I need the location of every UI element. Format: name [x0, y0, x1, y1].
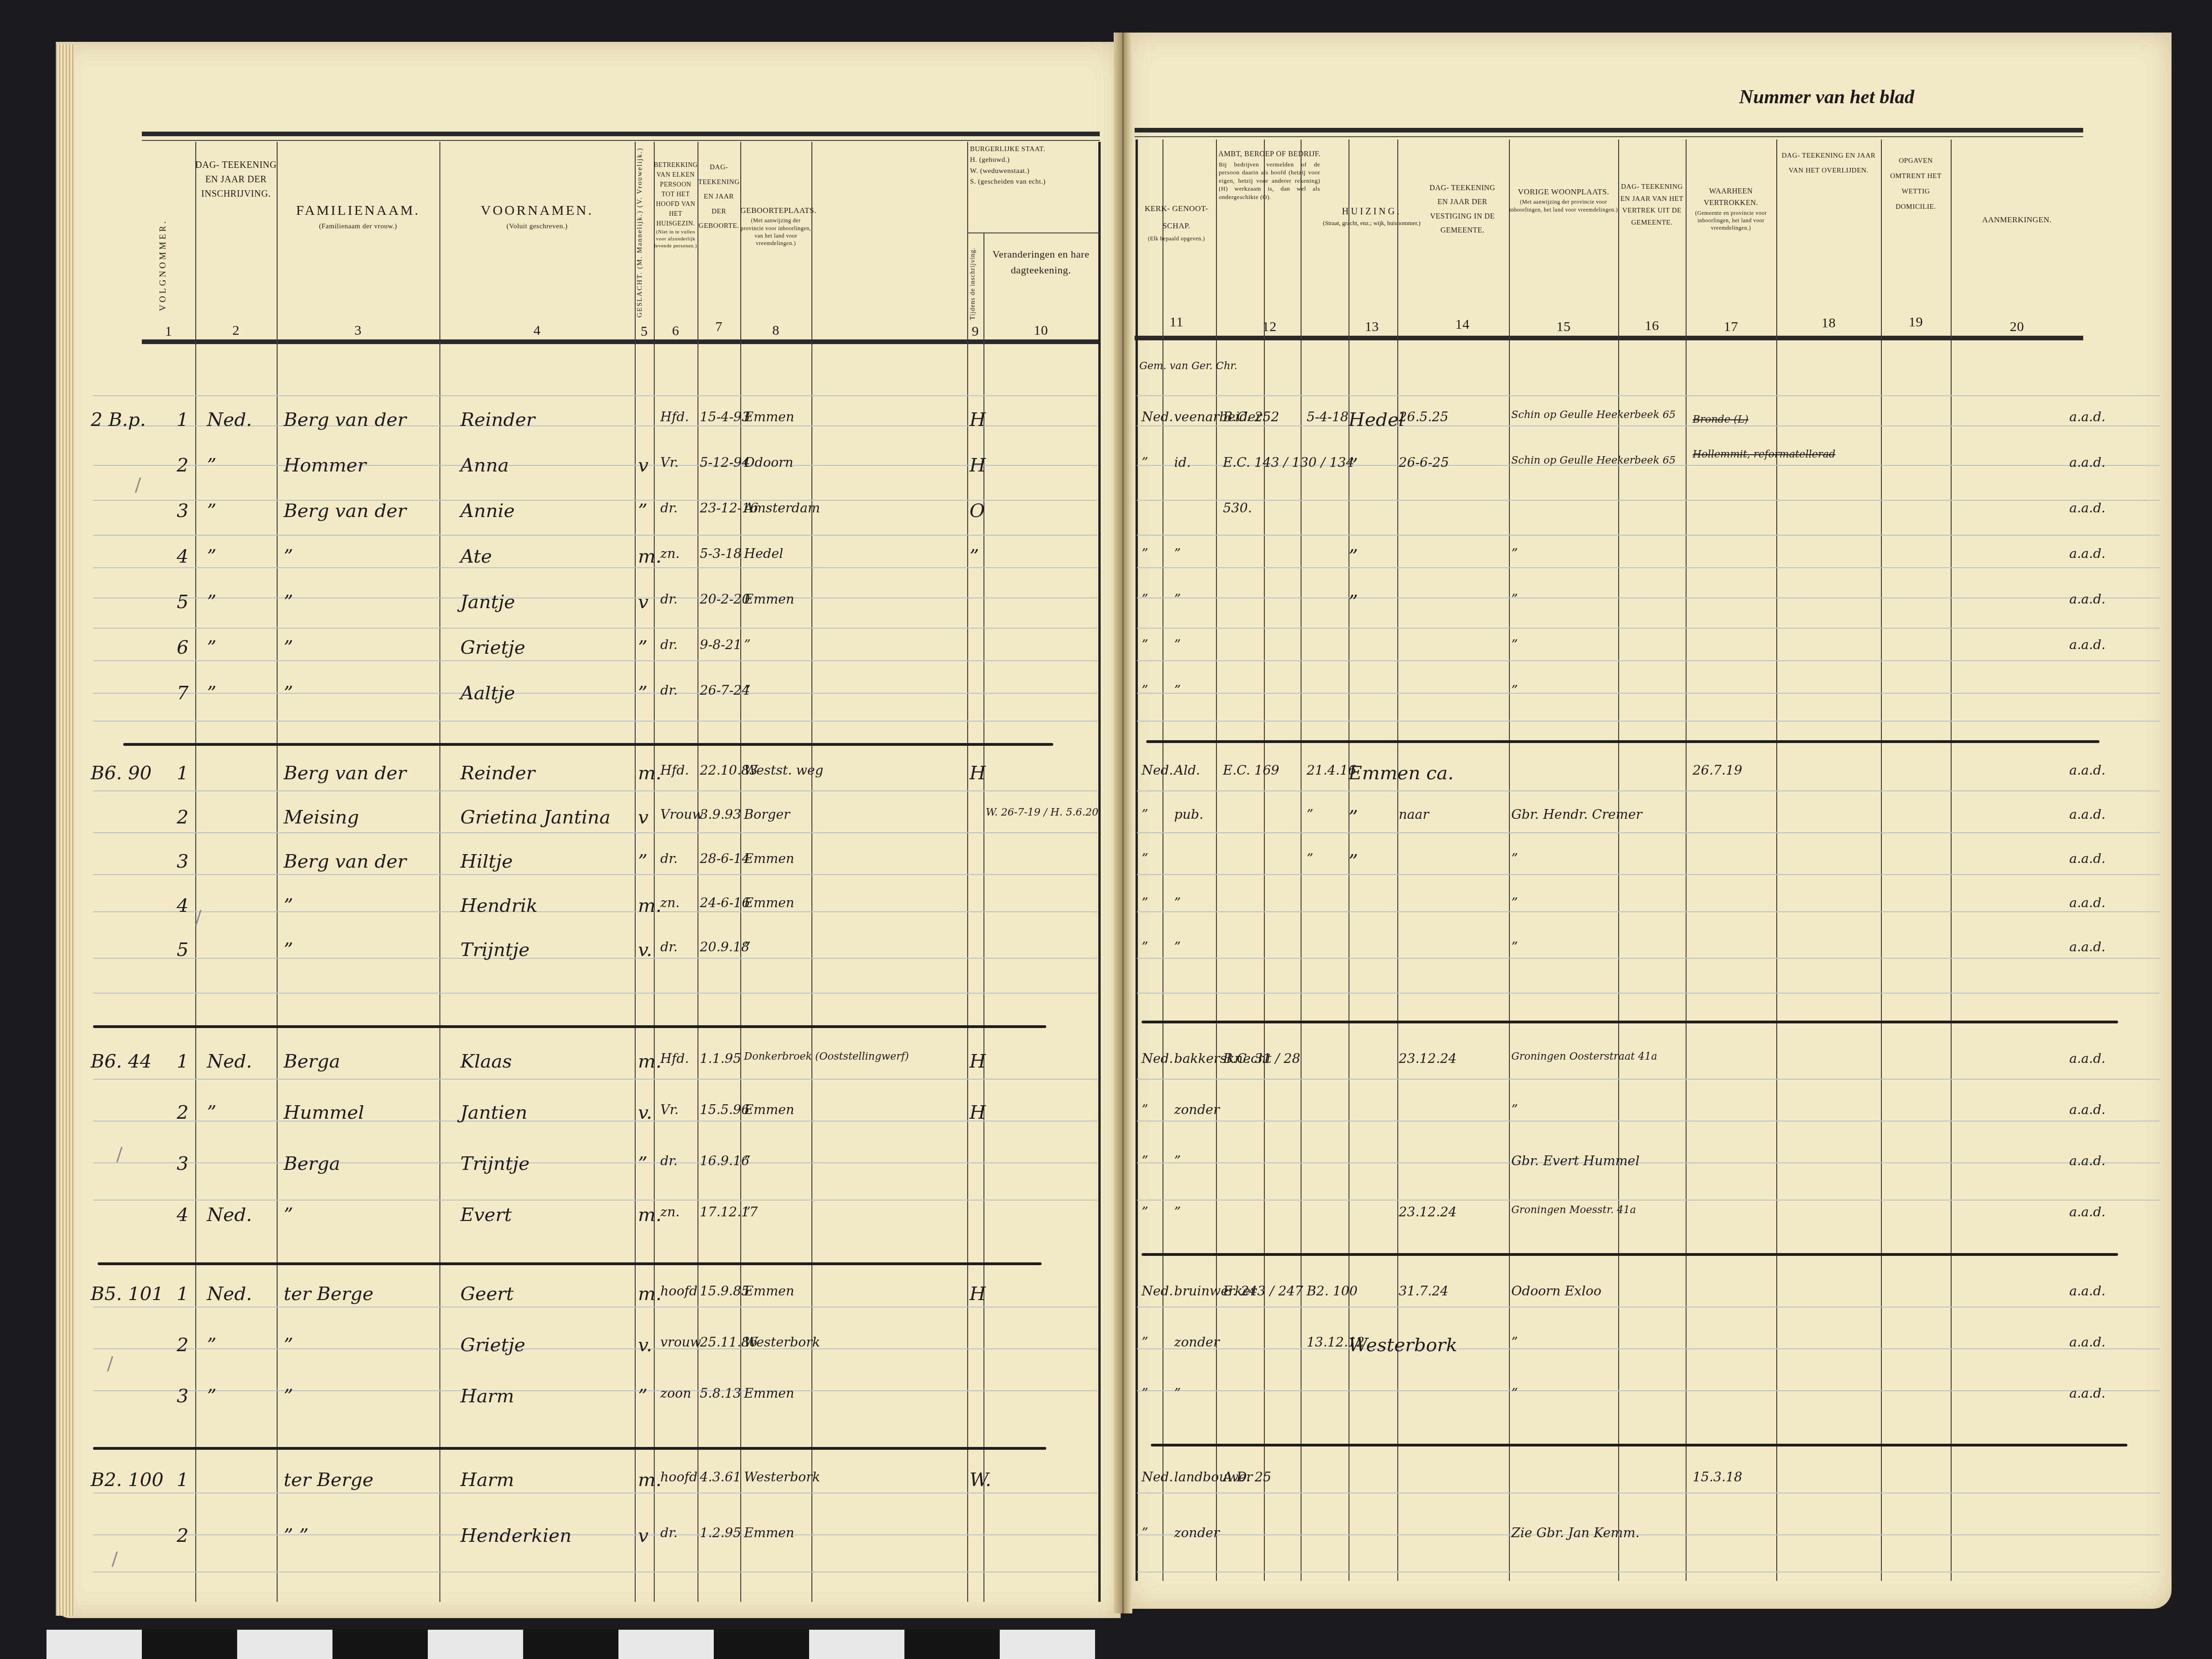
family-separator	[123, 743, 1053, 746]
cell-c4: Jantje	[460, 591, 515, 613]
cell-c8: Emmen	[744, 409, 794, 425]
row-number: 2	[177, 455, 188, 476]
cell-c20: a.a.d.	[2069, 939, 2106, 955]
cell-c7: 15.5.96	[700, 1102, 750, 1117]
cell-c4: Klaas	[460, 1051, 512, 1072]
cell-c5: v	[638, 591, 649, 613]
cell-c11: Ned.	[1142, 1051, 1173, 1066]
cell-c16: naar	[1399, 807, 1429, 822]
cell-c3: ”	[284, 895, 293, 916]
cell-c12: ”	[1174, 591, 1181, 607]
cell-c17: Schin op Geulle Heekerbeek 65	[1511, 409, 1675, 421]
cell-c3: ter Berge	[284, 1283, 373, 1305]
cell-c18: 15.3.18	[1693, 1469, 1742, 1485]
col-divider	[1216, 139, 1217, 1581]
cell-c6: Hfd.	[660, 1051, 689, 1066]
cell-c4: Trijntje	[460, 939, 530, 961]
header-col-2: DAG- TEEKENING EN JAAR DER INSCHRIJVING.…	[195, 158, 277, 339]
col-divider	[1951, 139, 1952, 1581]
ruled-line	[1137, 911, 2160, 912]
cell-c12: ”	[1174, 1386, 1181, 1401]
cell-c13: B.C. 31 / 28	[1223, 1051, 1300, 1066]
cell-c8: Emmen	[744, 591, 794, 607]
cell-c6: dr.	[660, 851, 678, 866]
row-number: 1	[177, 1051, 188, 1072]
ruled-line	[93, 465, 1097, 466]
cell-c3: Berg van der	[284, 851, 406, 872]
cell-c6: vrouw	[660, 1334, 701, 1350]
col-divider	[1618, 139, 1619, 1581]
cell-c12: ”	[1174, 1204, 1181, 1220]
cell-c2: ”	[207, 546, 216, 567]
ruled-line	[93, 790, 1097, 791]
ruled-line	[93, 1572, 1097, 1573]
header-col-18: DAG- TEEKENING EN JAAR VAN HET OVERLIJDE…	[1776, 149, 1881, 336]
cell-c15: ”	[1348, 807, 1358, 828]
cell-c5: m.	[638, 895, 662, 916]
cell-c7: 16.9.16	[700, 1153, 750, 1168]
cell-c8: Emmen	[744, 1283, 794, 1299]
cell-c13: 530.	[1223, 500, 1252, 516]
family-separator	[93, 1447, 1046, 1450]
ruled-line	[93, 993, 1097, 994]
col-divider	[654, 142, 655, 1602]
header-col-6-num: 6	[654, 320, 697, 341]
row-number: 3	[177, 1386, 188, 1407]
cell-c7: 20-2-20	[700, 591, 750, 607]
header-col-6-title: BETREKKING VAN ELKEN PERSOON TOT HET HOO…	[654, 162, 697, 227]
header-col-17: WAARHEEN VERTROKKEN. (Gemeente en provin…	[1686, 186, 1776, 336]
cell-c8: ”	[744, 1204, 751, 1220]
cell-c15: ”	[1348, 591, 1358, 613]
header-col-19-num: 19	[1881, 307, 1951, 338]
header-col-14-num: 14	[1425, 311, 1500, 338]
header-col-13-title: HUIZING.	[1342, 206, 1402, 217]
row-number: 3	[177, 500, 188, 522]
cell-c5: ”	[638, 851, 647, 872]
cell-c6: Hfd.	[660, 763, 689, 778]
ruled-line	[93, 628, 1097, 629]
row-number: 2	[177, 807, 188, 828]
ruled-line	[1137, 790, 2160, 791]
cell-c17: ”	[1511, 546, 1518, 561]
row-number: 1	[177, 1283, 188, 1305]
cell-c3: Hummel	[284, 1102, 364, 1123]
row-number: 2	[177, 1525, 188, 1546]
cell-c3: ”	[284, 1386, 293, 1407]
cell-c15: Westerbork	[1348, 1334, 1457, 1356]
ruled-line	[1137, 1534, 2160, 1535]
cell-c16: 26-6-25	[1399, 455, 1449, 470]
cell-c7: 4.3.61	[700, 1469, 741, 1485]
cell-c12: pub.	[1174, 807, 1203, 822]
cell-c12: ”	[1174, 939, 1181, 955]
cell-c15: Emmen ca.	[1348, 763, 1454, 784]
cell-c12: ”	[1174, 546, 1181, 561]
cell-c3: Berg van der	[284, 500, 406, 522]
ruled-line	[93, 1390, 1097, 1391]
cell-c7: 26-7-24	[700, 683, 750, 698]
cell-c2: ”	[207, 591, 216, 613]
ruled-line	[1137, 1121, 2160, 1121]
header-col-18-title: DAG- TEEKENING EN JAAR VAN HET OVERLIJDE…	[1782, 152, 1876, 174]
ruled-line	[93, 1200, 1097, 1201]
header-burgerlijke-staat: BURGERLIJKE STAAT. H. (gehuwd.) W. (wedu…	[967, 144, 1103, 232]
header-col-17-title: WAARHEEN VERTROKKEN.	[1704, 187, 1758, 207]
family-separator	[98, 1262, 1042, 1265]
cell-c11: ”	[1142, 1204, 1148, 1220]
cell-c4: Harm	[460, 1469, 514, 1491]
cell-c14: 5-4-18	[1307, 409, 1348, 425]
burgerlijke-staat-title: BURGERLIJKE STAAT.	[970, 144, 1103, 155]
ruled-line	[93, 958, 1097, 959]
cell-c11: ”	[1142, 1525, 1148, 1540]
header-top-thin-rule	[142, 140, 1100, 141]
cell-c17: Odoorn Exloo	[1511, 1283, 1601, 1299]
color-scale-bar	[46, 1630, 1095, 1659]
ruled-line	[93, 874, 1097, 875]
header-col-12-num: 12	[1216, 316, 1323, 338]
cell-c17: ”	[1511, 1102, 1518, 1117]
cell-c13: E.C. 169	[1223, 763, 1279, 778]
ruled-line	[93, 1121, 1097, 1121]
cell-c9: H	[970, 409, 986, 431]
header-col-4-note: (Voluit geschreven.)	[439, 222, 635, 231]
burgerlijke-staat-w: W. (weduwenstaat.)	[970, 166, 1103, 177]
cell-c4: Harm	[460, 1386, 514, 1407]
col-divider	[1776, 139, 1777, 1581]
family-reference: B2. 100	[91, 1469, 164, 1491]
cell-c11: ”	[1142, 807, 1148, 822]
header-col-11: KERK- GENOOT- SCHAP. (Elk bepaald opgeve…	[1137, 200, 1216, 336]
header-col-10-num: 10	[983, 320, 1098, 342]
header-col-17-num: 17	[1686, 316, 1776, 338]
header-col-14: DAG- TEEKENING EN JAAR DER VESTIGING IN …	[1425, 181, 1500, 336]
cell-c4: Evert	[460, 1204, 512, 1226]
cell-c20: a.a.d.	[2069, 1334, 2106, 1350]
ruled-line	[93, 1348, 1097, 1349]
header-col-7-num: 7	[697, 312, 740, 341]
cell-c7: 20.9.18	[700, 939, 750, 955]
cell-c8: Donkerbroek (Ooststellingwerf)	[744, 1051, 909, 1062]
family-reference: B6. 44	[91, 1051, 152, 1072]
header-col-4: VOORNAMEN. (Voluit geschreven.) 4	[439, 200, 635, 339]
cell-c14: ”	[1307, 807, 1313, 822]
book-gutter	[1114, 33, 1132, 1613]
cell-c8: Westerbork	[744, 1334, 820, 1350]
cell-c8: ”	[744, 637, 751, 652]
cell-c18: 26.7.19	[1693, 763, 1742, 778]
header-col-18-num: 18	[1776, 308, 1881, 338]
cell-c7: 28-6-14	[700, 851, 750, 866]
header-col-15-note: (Met aanwijzing der provincie voor inboo…	[1509, 198, 1618, 213]
cell-c13: B.C. 252	[1223, 409, 1279, 425]
cell-c17: ”	[1511, 939, 1518, 955]
cell-c16: 23.12.24	[1399, 1051, 1457, 1066]
cell-c4: Aaltje	[460, 683, 515, 704]
cell-c4: Anna	[460, 455, 509, 476]
cell-c15: ”	[1348, 546, 1358, 567]
header-col-15-num: 15	[1509, 316, 1618, 338]
cell-c20: a.a.d.	[2069, 763, 2106, 778]
cell-c6: dr.	[660, 1525, 678, 1540]
ruled-line	[1137, 1493, 2160, 1493]
header-col-3: FAMILIENAAM. (Familienaam der vrouw.) 3	[277, 200, 439, 339]
cell-c3: ”	[284, 1204, 293, 1226]
header-col-5: GESLACHT. (M. Mannelijk.) (V. Vrouwelijk…	[636, 144, 653, 321]
cell-c5: m.	[638, 1204, 662, 1226]
col-divider	[1162, 139, 1163, 1581]
cell-c17: Gbr. Evert Hummel	[1511, 1153, 1640, 1168]
header-col-12-title: AMBT, BEROEP OF BEDRIJF.	[1218, 150, 1321, 158]
cell-c12: zonder	[1174, 1102, 1220, 1117]
cell-c2: Ned.	[207, 409, 252, 431]
cell-c16: 26.5.25	[1399, 409, 1448, 425]
cell-c20: a.a.d.	[2069, 500, 2106, 516]
cell-c11: ”	[1142, 455, 1148, 470]
header-col-11-title: KERK- GENOOT- SCHAP.	[1145, 204, 1209, 230]
header-col-1-num: 1	[142, 321, 195, 343]
cell-c15: Hedel	[1348, 409, 1405, 431]
cell-c8: Emmen	[744, 1386, 794, 1401]
ruled-line	[93, 1162, 1097, 1163]
ruled-line	[1137, 958, 2160, 959]
family-separator	[93, 1025, 1046, 1028]
cell-c2: Ned.	[207, 1204, 252, 1226]
header-col-11-note: (Elk bepaald opgeven.)	[1137, 235, 1216, 242]
cell-c6: zoon	[660, 1386, 691, 1401]
ruled-line	[1137, 1162, 2160, 1163]
cell-c7: 1.2.95	[700, 1525, 741, 1540]
col-divider-bold	[1098, 142, 1101, 1602]
header-col-9: Tijdens de inschrijving.	[970, 242, 983, 325]
family-reference: B6. 90	[91, 763, 152, 784]
row-number: 1	[177, 409, 188, 431]
cell-c5: ”	[638, 637, 647, 658]
header-col-11-num: 11	[1137, 307, 1216, 338]
col-divider	[1881, 139, 1882, 1581]
cell-c4: Reinder	[460, 763, 535, 784]
ruled-line	[1137, 874, 2160, 875]
cell-c2: ”	[207, 1334, 216, 1356]
col-divider	[439, 142, 440, 1602]
header-col-8-note: (Met aanwijzing der provincie voor inboo…	[740, 217, 811, 247]
col-divider	[967, 142, 968, 1602]
header-col-15-title: VORIGE WOONPLAATS.	[1518, 187, 1609, 196]
cell-c20: a.a.d.	[2069, 1386, 2106, 1401]
ruled-line	[93, 1493, 1097, 1493]
cell-c4: Annie	[460, 500, 515, 522]
header-col-19: OPGAVEN OMTRENT HET WETTIG DOMICILIE. 19	[1881, 153, 1951, 336]
ruled-line	[1137, 425, 2160, 426]
ruled-line	[1137, 535, 2160, 536]
cell-c5: v.	[638, 1102, 652, 1123]
ruled-line	[1137, 660, 2160, 661]
header-col-5-note: (M. Mannelijk.) (V. Vrouwelijk.)	[636, 147, 644, 269]
family-separator	[1146, 740, 2099, 743]
header-col-6: BETREKKING VAN ELKEN PERSOON TOT HET HOO…	[654, 160, 697, 339]
cell-c11: ”	[1142, 851, 1148, 866]
cell-c17: Groningen Moesstr. 41a	[1511, 1204, 1636, 1216]
header-col-3-note: (Familienaam der vrouw.)	[277, 222, 439, 231]
cell-c3: ”	[284, 637, 293, 658]
cell-c3: ” ”	[284, 1525, 309, 1546]
cell-c2: ”	[207, 500, 216, 522]
cell-c5: v.	[638, 939, 652, 961]
header-col-16-title: DAG- TEEKENING EN JAAR VAN HET VERTREK U…	[1621, 183, 1684, 226]
cell-c3: ”	[284, 591, 293, 613]
ruled-line	[93, 395, 1097, 396]
ruled-line	[1137, 993, 2160, 994]
cell-c9: H	[970, 1102, 986, 1123]
row-number: 5	[177, 591, 188, 613]
cell-c20: a.a.d.	[2069, 807, 2106, 822]
cell-c17: Schin op Geulle Heekerbeek 65	[1511, 455, 1675, 466]
cell-c5: v	[638, 807, 649, 828]
row-number: 6	[177, 637, 188, 658]
cell-c2: ”	[207, 455, 216, 476]
cell-c20: a.a.d.	[2069, 1102, 2106, 1117]
burgerlijke-staat-s: S. (gescheiden van echt.)	[970, 177, 1103, 187]
cell-c12: ”	[1174, 683, 1181, 698]
ruled-line	[93, 693, 1097, 694]
cell-c8: ”	[744, 1153, 751, 1168]
church-note: Gem. van Ger. Chr.	[1139, 360, 1237, 372]
header-col-16-num: 16	[1618, 314, 1686, 338]
col-divider	[1264, 139, 1265, 1581]
cell-c6: dr.	[660, 637, 678, 652]
cell-c7: 5-12-94	[700, 455, 750, 470]
cell-c14: B2. 100	[1307, 1283, 1358, 1299]
cell-c5: ”	[638, 1386, 647, 1407]
ruled-line	[93, 911, 1097, 912]
cell-c11: Ned.	[1142, 1469, 1173, 1485]
cell-c4: Ate	[460, 546, 492, 567]
cell-c5: m.	[638, 763, 662, 784]
cell-c6: Hfd.	[660, 409, 689, 425]
row-number: 1	[177, 763, 188, 784]
row-number: 1	[177, 1469, 188, 1491]
cell-c11: Ned.	[1142, 763, 1173, 778]
cell-c3: ter Berge	[284, 1469, 373, 1491]
col-divider	[1397, 139, 1398, 1581]
cell-c5: m.	[638, 1469, 662, 1491]
cell-c7: 15.9.85	[700, 1283, 750, 1299]
ruled-line	[1137, 721, 2160, 722]
ruled-line	[1137, 832, 2160, 833]
cell-c13: A.D. 25	[1223, 1469, 1271, 1485]
cell-c17: ”	[1511, 683, 1518, 698]
header-col-17-note: (Gemeente en provincie voor inboorlingen…	[1686, 209, 1776, 232]
cell-c6: dr.	[660, 1153, 678, 1168]
header-col-13-note: (Straat, gracht, enz.; wijk, huisnommer.…	[1323, 219, 1421, 227]
sheet-title: Nummer van het blad	[1739, 86, 1914, 108]
cell-c20: a.a.d.	[2069, 591, 2106, 607]
cell-c3: Berga	[284, 1051, 340, 1072]
cell-c11: ”	[1142, 637, 1148, 652]
row-number: 4	[177, 546, 188, 567]
header-col-10: Veranderingen en hare dagteekening. 10	[983, 246, 1098, 339]
cell-c6: zn.	[660, 895, 680, 910]
ruled-line	[1137, 693, 2160, 694]
cell-c12: ”	[1174, 1153, 1181, 1168]
cell-c5: m.	[638, 546, 662, 567]
row-number: 5	[177, 939, 188, 961]
cell-c20: a.a.d.	[2069, 409, 2106, 425]
header-col-20-title: AANMERKINGEN.	[1982, 215, 2052, 224]
cell-c6: dr.	[660, 683, 678, 698]
cell-c20: a.a.d.	[2069, 1051, 2106, 1066]
cell-c3: ”	[284, 683, 293, 704]
cell-c17: ”	[1511, 1334, 1518, 1350]
header-col-12: AMBT, BEROEP OF BEDRIJF. Bij bedrijven v…	[1216, 149, 1323, 336]
cell-c16: 31.7.24	[1399, 1283, 1448, 1299]
header-col-8: GEBOORTEPLAATS. (Met aanwijzing der prov…	[740, 205, 811, 339]
cell-c8: Emmen	[744, 895, 794, 910]
ruled-line	[93, 1534, 1097, 1535]
cell-c20: a.a.d.	[2069, 455, 2106, 470]
cell-c6: Vr.	[660, 455, 678, 470]
header-col-6-note: (Niet in te vullen voor afzonderlijk lev…	[654, 229, 697, 250]
header-col-16: DAG- TEEKENING EN JAAR VAN HET VERTREK U…	[1618, 181, 1686, 336]
ruled-line	[93, 1079, 1097, 1080]
family-separator	[1142, 1253, 2118, 1256]
cell-c4: Jantien	[460, 1102, 527, 1123]
ruled-line	[1137, 597, 2160, 598]
ruled-line	[93, 500, 1097, 501]
cell-c12: ”	[1174, 895, 1181, 910]
cell-c12: id.	[1174, 455, 1191, 470]
cell-c4: Grietje	[460, 1334, 525, 1356]
header-col-7-title: DAG- TEEKENING EN JAAR DER GEBOORTE.	[698, 164, 739, 230]
cell-c5: m.	[638, 1051, 662, 1072]
cell-c15: ”	[1348, 851, 1358, 872]
cell-c9: O	[970, 500, 985, 522]
cell-c8: Westst. weg	[744, 763, 824, 778]
cell-c2: ”	[207, 683, 216, 704]
header-col-5-num: 5	[635, 321, 654, 343]
col-divider	[195, 142, 196, 1602]
cell-c11: ”	[1142, 1153, 1148, 1168]
ruled-line	[93, 567, 1097, 568]
cell-c7: 3.9.93	[700, 807, 741, 822]
header-col-12-note: Bij bedrijven vermelden of de persoon da…	[1216, 160, 1323, 201]
header-col-1: VOLGNOMMER.	[158, 195, 177, 335]
ruled-line	[1137, 1348, 2160, 1349]
cell-c17: Gbr. Hendr. Cremer	[1511, 807, 1642, 822]
cell-c2: Ned.	[207, 1283, 252, 1305]
cell-c20: a.a.d.	[2069, 895, 2106, 910]
ruled-line	[1137, 500, 2160, 501]
cell-c20: a.a.d.	[2069, 1204, 2106, 1220]
pencil-tick-mark: /	[107, 1353, 113, 1374]
header-col-15: VORIGE WOONPLAATS. (Met aanwijzing der p…	[1509, 186, 1618, 336]
cell-c6: Vrouw	[660, 807, 703, 822]
cell-c17: ”	[1511, 851, 1518, 866]
cell-c12: zonder	[1174, 1525, 1220, 1540]
cell-c4: Henderkien	[460, 1525, 571, 1546]
cell-c9: ”	[970, 546, 979, 567]
cell-c6: zn.	[660, 546, 680, 561]
cell-c8: Odoorn	[744, 455, 793, 470]
cell-c6: hoofd	[660, 1469, 697, 1485]
cell-c9: W.	[970, 1469, 991, 1491]
header-col-20-num: 20	[1951, 316, 2083, 338]
cell-c5: ”	[638, 683, 647, 704]
row-number: 7	[177, 683, 188, 704]
cell-c7: 5.8.13	[700, 1386, 741, 1401]
cell-c4: Trijntje	[460, 1153, 530, 1175]
